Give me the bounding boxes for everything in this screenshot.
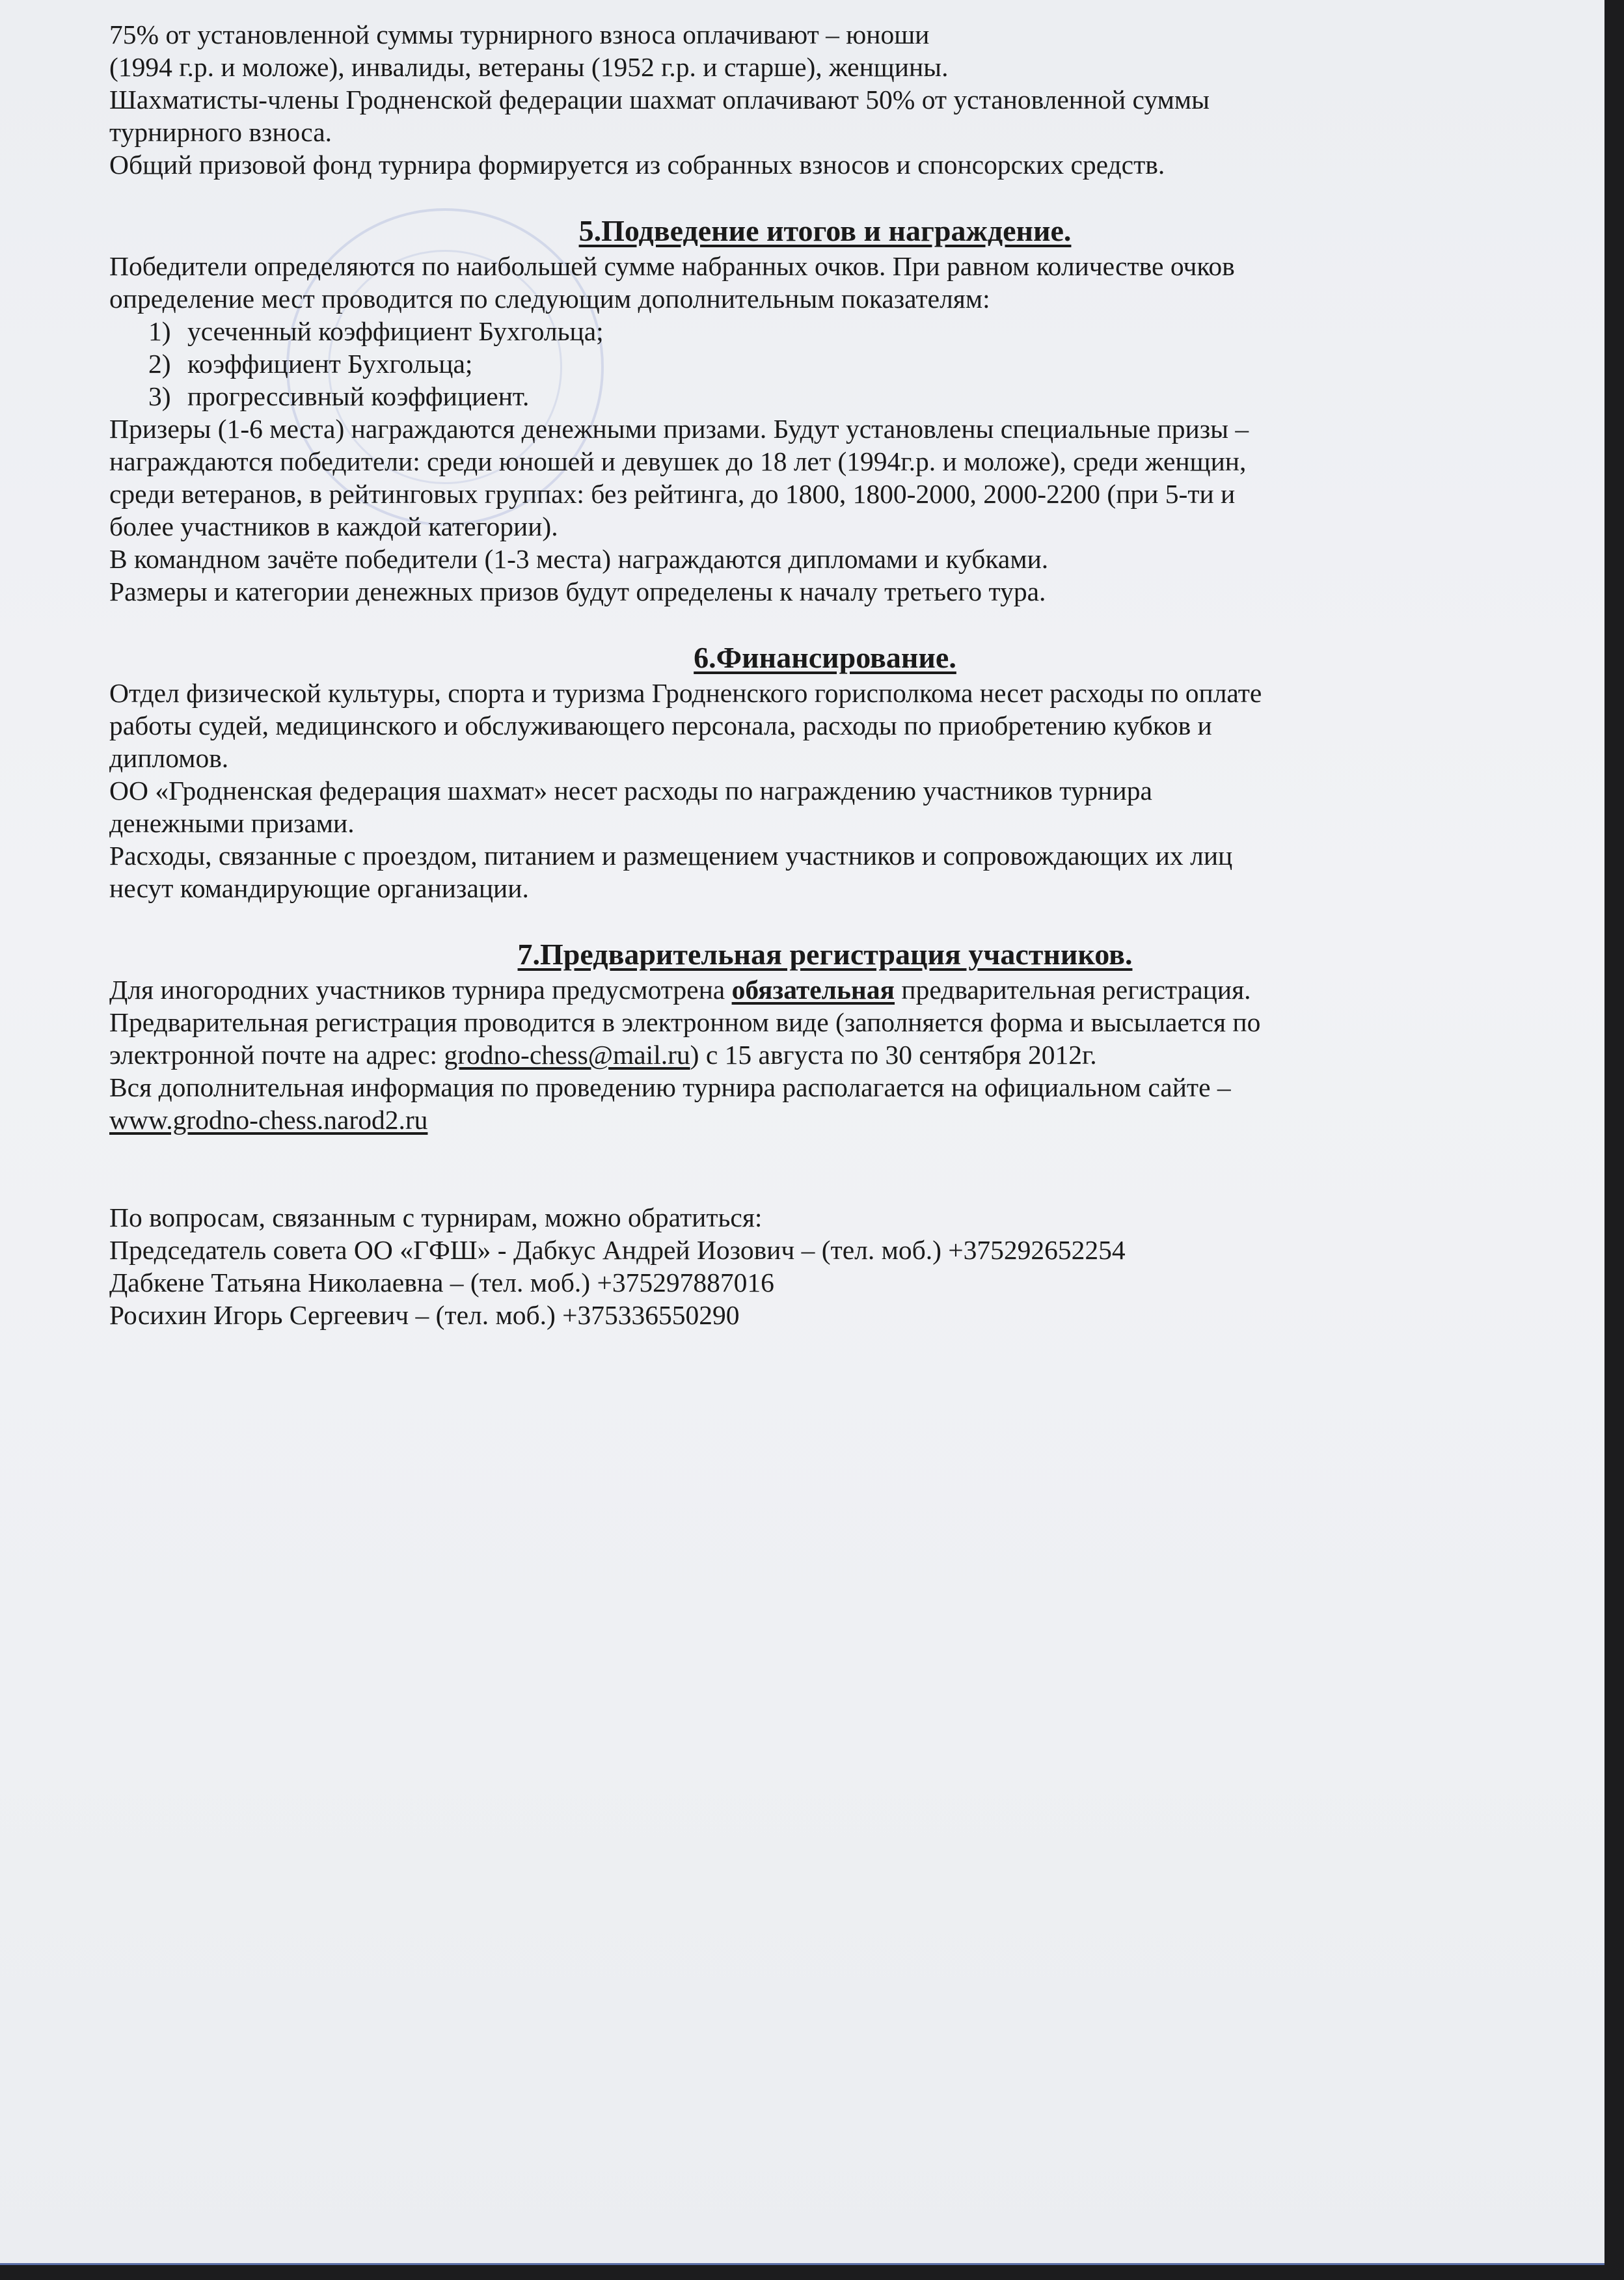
contact-person: Росихин Игорь Сергеевич – (тел. моб.) +3… (109, 1299, 1541, 1331)
contact-person: Председатель совета ОО «ГФШ» - Дабкус Ан… (109, 1234, 1541, 1266)
contacts-intro: По вопросам, связанным с турнирам, можно… (109, 1201, 1541, 1234)
text-line: электронной почте на адрес: grodno-chess… (109, 1038, 1541, 1071)
text-line: более участников в каждой категории). (109, 510, 1541, 543)
text-line: Общий призовой фонд турнира формируется … (109, 148, 1541, 181)
fee-paragraph: 75% от установленной суммы турнирного вз… (109, 18, 1541, 181)
text-line: турнирного взноса. (109, 116, 1541, 148)
email-link[interactable]: grodno-chess@mail.ru (444, 1040, 690, 1070)
text-line: среди ветеранов, в рейтинговых группах: … (109, 478, 1541, 510)
text-line: В командном зачёте победители (1-3 места… (109, 543, 1541, 575)
document-body: 75% от установленной суммы турнирного вз… (109, 18, 1541, 1331)
text-line: награждаются победители: среди юношей и … (109, 445, 1541, 478)
text-line: 75% от установленной суммы турнирного вз… (109, 18, 1541, 51)
contacts-block: По вопросам, связанным с турнирам, можно… (109, 1201, 1541, 1331)
text-line: ОО «Гродненская федерация шахмат» несет … (109, 774, 1541, 807)
text-line: определение мест проводится по следующим… (109, 282, 1541, 315)
section-registration: 7.Предварительная регистрация участников… (109, 936, 1541, 1136)
text-line: Призеры (1-6 места) награждаются денежны… (109, 413, 1541, 445)
text-line: работы судей, медицинского и обслуживающ… (109, 709, 1541, 742)
section-financing: 6.Финансирование. Отдел физической культ… (109, 639, 1541, 904)
mandatory-emphasis: обязательная (732, 975, 895, 1005)
spacer (109, 1136, 1541, 1201)
list-item: 1)усеченный коэффициент Бухгольца; (109, 315, 1541, 347)
text-line: несут командирующие организации. (109, 872, 1541, 904)
section-heading: 7.Предварительная регистрация участников… (109, 936, 1541, 973)
text-line: Предварительная регистрация проводится в… (109, 1006, 1541, 1038)
text-line: денежными призами. (109, 807, 1541, 839)
contact-person: Дабкене Татьяна Николаевна – (тел. моб.)… (109, 1266, 1541, 1299)
text-line: Победители определяются по наибольшей су… (109, 250, 1541, 282)
text-line: Размеры и категории денежных призов буду… (109, 575, 1541, 608)
scanned-page: 75% от установленной суммы турнирного вз… (0, 0, 1604, 2265)
website-link[interactable]: www.grodno-chess.narod2.ru (109, 1104, 1541, 1136)
section-results-awards: 5.Подведение итогов и награждение. Побед… (109, 212, 1541, 608)
list-item: 2)коэффициент Бухгольца; (109, 347, 1541, 380)
text-line: Вся дополнительная информация по проведе… (109, 1071, 1541, 1104)
text-line: Отдел физической культуры, спорта и тури… (109, 677, 1541, 709)
text-line: Для иногородних участников турнира преду… (109, 973, 1541, 1006)
tiebreak-list: 1)усеченный коэффициент Бухгольца; 2)коэ… (109, 315, 1541, 413)
text-line: (1994 г.р. и моложе), инвалиды, ветераны… (109, 51, 1541, 83)
section-heading: 5.Подведение итогов и награждение. (109, 212, 1541, 250)
list-item: 3)прогрессивный коэффициент. (109, 380, 1541, 413)
text-line: Шахматисты-члены Гродненской федерации ш… (109, 83, 1541, 116)
text-line: дипломов. (109, 742, 1541, 774)
section-heading: 6.Финансирование. (109, 639, 1541, 677)
text-line: Расходы, связанные с проездом, питанием … (109, 839, 1541, 872)
